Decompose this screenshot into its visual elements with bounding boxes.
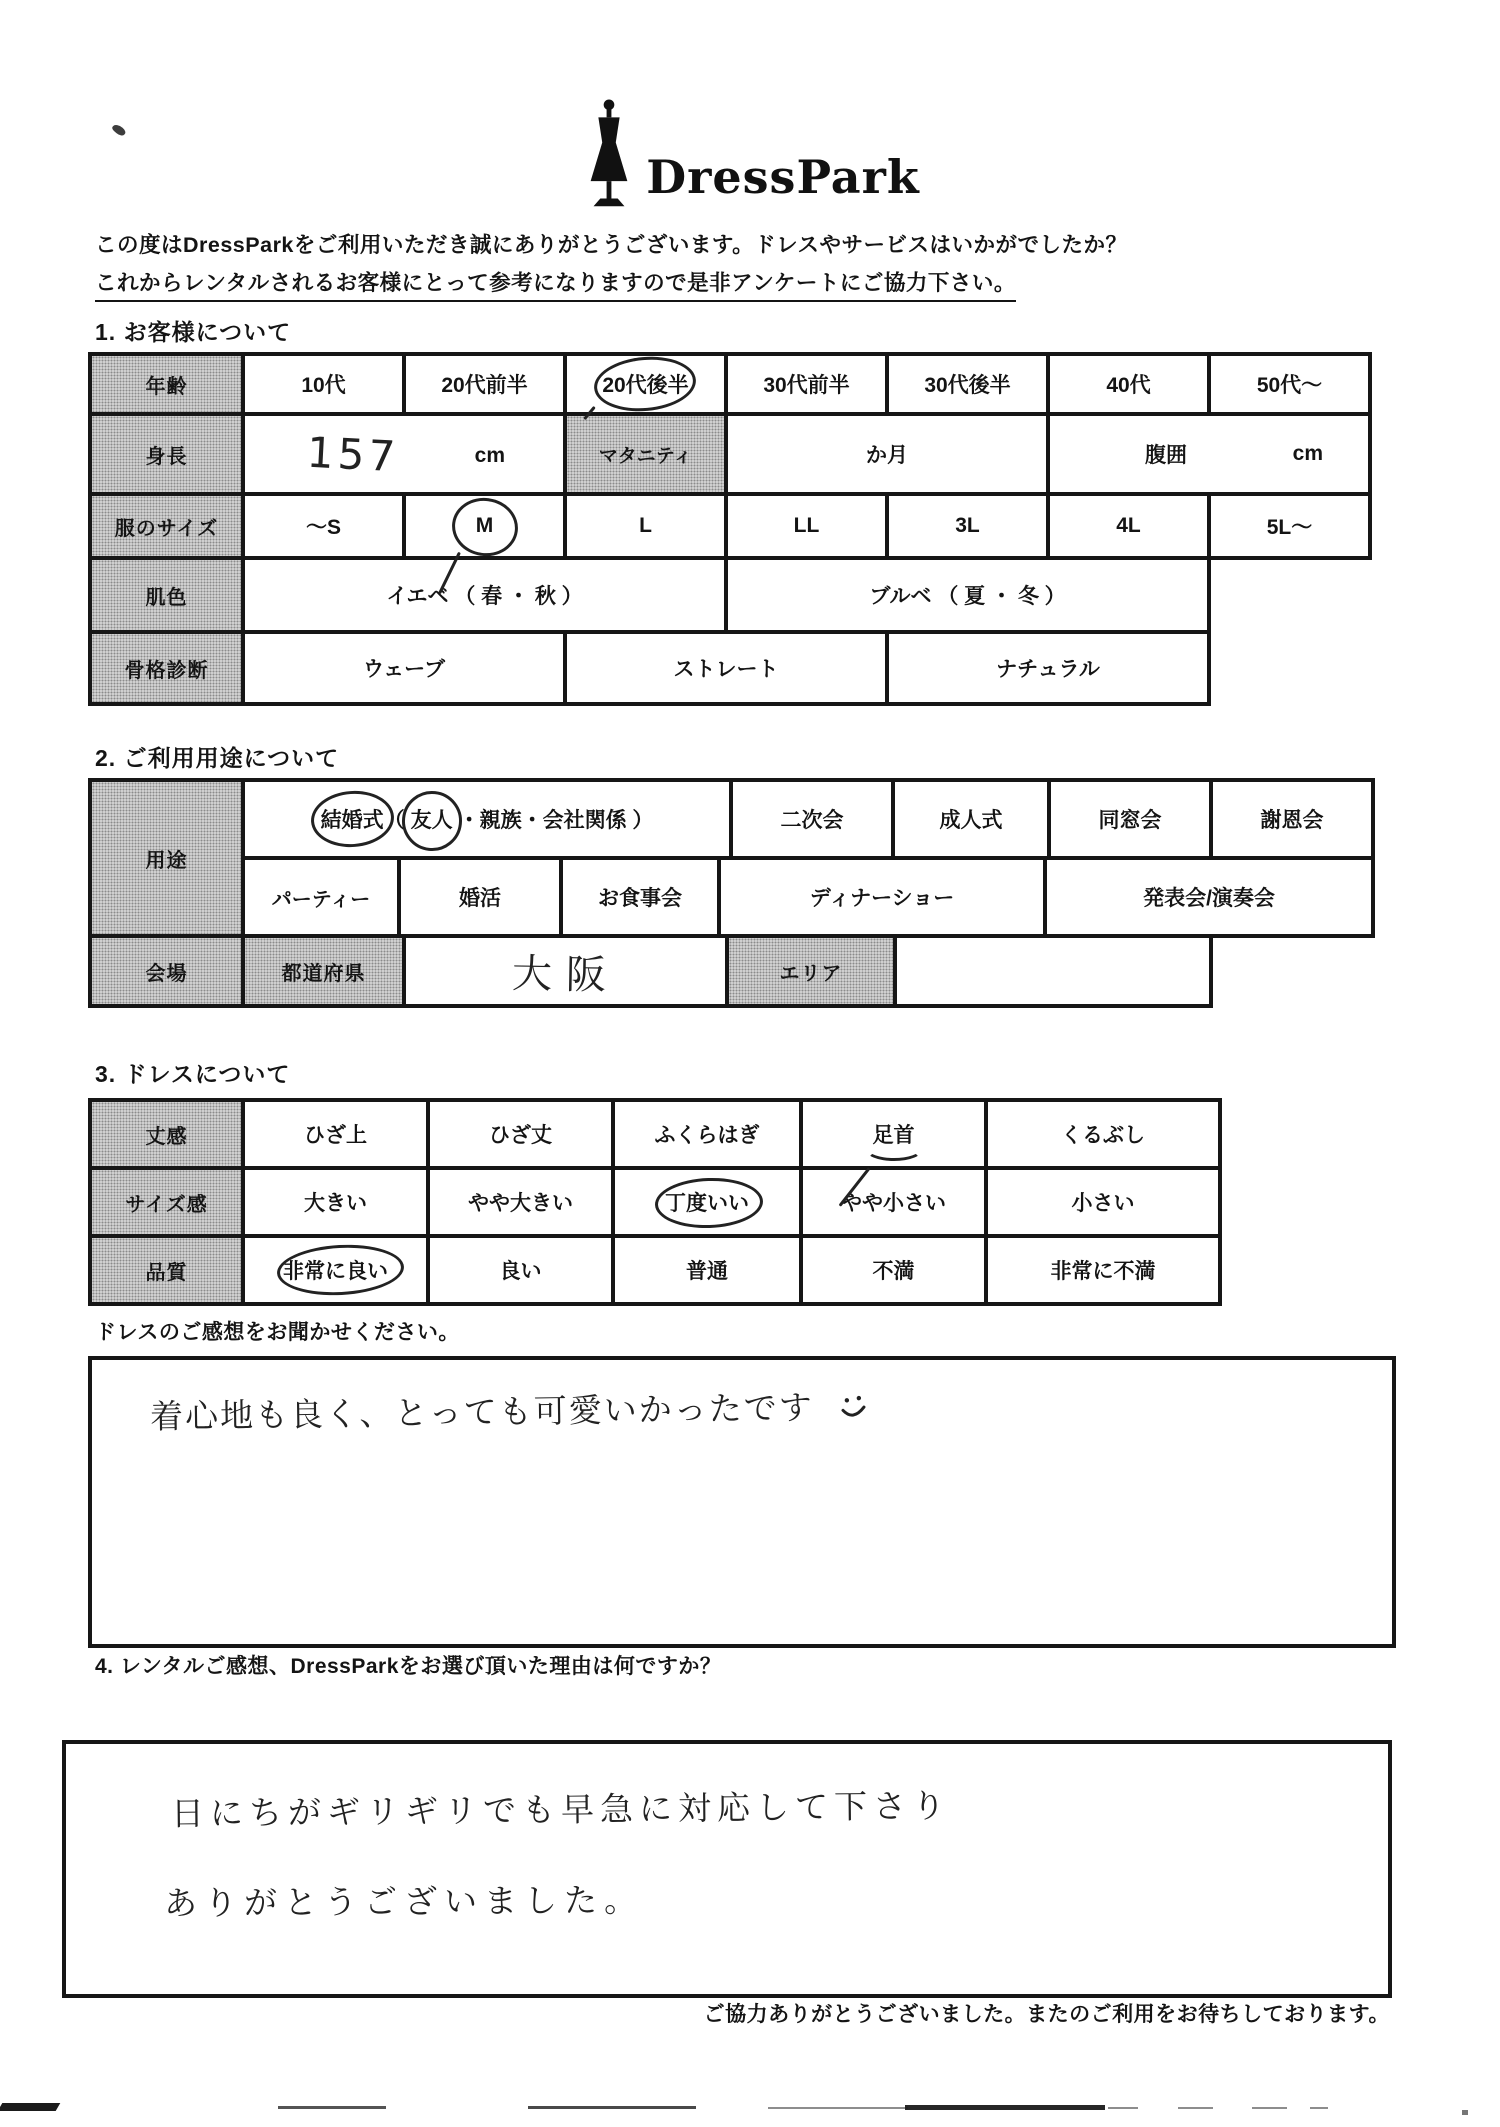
footer-text: ご協力ありがとうございました。またのご利用をお待ちしております。 <box>0 1998 1390 2028</box>
option-quality-very-unsatisfied: 非常に不満 <box>984 1234 1222 1306</box>
dress-feedback-prompt: ドレスのご感想をお聞かせください。 <box>95 1316 460 1346</box>
dress-table: 丈感 ひざ上 ひざ丈 ふくらはぎ 足首 くるぶし サイズ感 大きい やや大きい … <box>88 1098 1222 1306</box>
option-purpose-dinner-show: ディナーショー <box>717 856 1047 938</box>
skeleton-label: 骨格診断 <box>125 654 209 683</box>
option-age-20-early: 20代前半 <box>402 352 567 416</box>
venue-row: 会場 都道府県 大阪 エリア <box>88 934 1375 1008</box>
venue-label-cell: 会場 <box>88 934 245 1008</box>
prefecture-value-cell: 大阪 <box>402 934 729 1008</box>
skeleton-label-cell: 骨格診断 <box>88 630 245 706</box>
option-age-20-late: 20代後半 <box>563 352 728 416</box>
option-quality-very-good: 非常に良い <box>241 1234 430 1306</box>
option-purpose-wedding: 結婚式 （ 友人 ・親族・会社関係 ） <box>241 778 733 860</box>
height-row: 身長 157 cm マタニティ か月 腹囲 cm <box>88 412 1372 496</box>
scan-artifact <box>768 2107 908 2109</box>
option-purpose-recital: 発表会/演奏会 <box>1043 856 1375 938</box>
section1-title: 1. お客様について <box>95 314 291 347</box>
option-length-calf: ふくらはぎ <box>611 1098 803 1170</box>
area-label-cell: エリア <box>725 934 897 1008</box>
prefecture-label-cell: 都道府県 <box>241 934 406 1008</box>
waist-unit: cm <box>1293 442 1323 466</box>
age-row: 年齢 10代 20代前半 20代後半 30代前半 30代後半 40代 50代～ <box>88 352 1372 416</box>
scan-artifact <box>1252 2107 1287 2109</box>
option-size-l: L <box>563 492 728 560</box>
purpose-rows: 用途 結婚式 （ 友人 ・親族・会社関係 ） 二次会 成人式 <box>88 778 1375 938</box>
intro-line-1: この度はDressParkをご利用いただき誠にありがとうございます。ドレスやサー… <box>95 228 1128 259</box>
rental-feedback-box: 日にちがギリギリでも早急に対応して下さり ありがとうございました。 <box>62 1740 1392 1998</box>
option-skin-yellow-base: イエベ （ 春 ・ 秋 ） <box>241 556 728 634</box>
option-purpose-coming-of-age: 成人式 <box>891 778 1051 860</box>
option-quality-good: 良い <box>426 1234 615 1306</box>
option-purpose-thanks-party: 謝恩会 <box>1209 778 1375 860</box>
option-age-50s: 50代～ <box>1207 352 1372 416</box>
skeleton-row: 骨格診断 ウェーブ ストレート ナチュラル <box>88 630 1372 706</box>
option-age-10s: 10代 <box>241 352 406 416</box>
scanned-questionnaire-page: DressPark この度はDressParkをご利用いただき誠にありがとうござ… <box>0 0 1500 2127</box>
length-label-cell: 丈感 <box>88 1098 245 1170</box>
option-size-4l: 4L <box>1046 492 1211 560</box>
purpose-label-cell: 用途 <box>88 778 245 938</box>
quality-row: 品質 非常に良い 良い 普通 不満 非常に不満 <box>88 1234 1222 1306</box>
option-size-ll: LL <box>724 492 889 560</box>
size-label-cell: 服のサイズ <box>88 492 245 560</box>
option-size-s: ～S <box>241 492 406 560</box>
option-fit-slightly-small: やや小さい <box>799 1166 988 1238</box>
option-length-ankle: 足首 <box>799 1098 988 1170</box>
skin-label-cell: 肌色 <box>88 556 245 634</box>
skin-row: 肌色 イエベ （ 春 ・ 秋 ） ブルベ （ 夏 ・ 冬 ） <box>88 556 1372 634</box>
fit-row: サイズ感 大きい やや大きい 丁度いい やや小さい 小さい <box>88 1166 1222 1238</box>
handwritten-rental-feedback-line1: 日にちがギリギリでも早急に対応して下さり <box>171 1780 951 1835</box>
handwritten-height-value: 157 <box>306 428 401 482</box>
venue-label: 会場 <box>146 957 188 986</box>
size-row: 服のサイズ ～S M L LL 3L 4L 5L～ <box>88 492 1372 560</box>
option-length-knee: ひざ丈 <box>426 1098 615 1170</box>
option-age-30-early: 30代前半 <box>724 352 889 416</box>
scan-artifact <box>0 2103 60 2111</box>
option-quality-unsatisfied: 不満 <box>799 1234 988 1306</box>
height-label-cell: 身長 <box>88 412 245 496</box>
age-label-cell: 年齢 <box>88 352 245 416</box>
dress-form-icon <box>580 97 638 220</box>
option-skin-blue-base: ブルベ （ 夏 ・ 冬 ） <box>724 556 1211 634</box>
option-skeleton-natural: ナチュラル <box>885 630 1211 706</box>
logo: DressPark <box>0 88 1500 220</box>
intro-line-2: これからレンタルされるお客様にとって参考になりますので是非アンケートにご協力下さ… <box>95 266 1016 302</box>
option-purpose-reunion: 同窓会 <box>1047 778 1213 860</box>
area-value-cell <box>893 934 1213 1008</box>
logo-brand-text: DressPark <box>646 150 919 204</box>
handwritten-rental-feedback-line2: ありがとうございました。 <box>164 1874 644 1924</box>
option-length-anklebone: くるぶし <box>984 1098 1222 1170</box>
option-fit-just-right: 丁度いい <box>611 1166 803 1238</box>
scan-artifact <box>1108 2107 1138 2109</box>
rental-feedback-prompt: 4. レンタルご感想、DressParkをお選び頂いた理由は何ですか？ <box>95 1650 721 1680</box>
waist-cell: 腹囲 cm <box>1046 412 1372 496</box>
option-skeleton-wave: ウェーブ <box>241 630 567 706</box>
scan-artifact <box>528 2106 696 2109</box>
option-size-5l: 5L～ <box>1207 492 1372 560</box>
height-unit: cm <box>475 444 505 468</box>
size-label: 服のサイズ <box>115 512 218 541</box>
scan-artifact <box>1178 2107 1213 2109</box>
height-label: 身長 <box>146 440 188 469</box>
handwritten-prefecture: 大阪 <box>511 942 620 1001</box>
option-purpose-dinner-meal: お食事会 <box>559 856 721 938</box>
option-purpose-party: パーティー <box>241 856 401 938</box>
section2-title: 2. ご利用用途について <box>95 740 339 773</box>
fit-label: サイズ感 <box>125 1188 207 1217</box>
option-fit-small: 小さい <box>984 1166 1222 1238</box>
maternity-months-cell: か月 <box>724 412 1050 496</box>
smiley-doodle-icon <box>836 1390 871 1432</box>
dress-feedback-box: 着心地も良く、とっても可愛いかったです <box>88 1356 1396 1648</box>
handwritten-dress-feedback: 着心地も良く、とっても可愛いかったです <box>150 1388 814 1436</box>
option-purpose-afterparty: 二次会 <box>729 778 895 860</box>
quality-label: 品質 <box>146 1256 188 1285</box>
maternity-cell: マタニティ <box>563 412 728 496</box>
option-fit-slightly-large: やや大きい <box>426 1166 615 1238</box>
option-purpose-konkatsu: 婚活 <box>397 856 563 938</box>
skin-label: 肌色 <box>146 581 188 610</box>
option-age-40s: 40代 <box>1046 352 1211 416</box>
scan-artifact <box>1462 2110 1468 2115</box>
fit-label-cell: サイズ感 <box>88 1166 245 1238</box>
scan-artifact <box>278 2106 386 2109</box>
purpose-label: 用途 <box>146 844 188 873</box>
scan-artifact <box>905 2105 1105 2110</box>
option-size-3l: 3L <box>885 492 1050 560</box>
section3-title: 3. ドレスについて <box>95 1056 290 1089</box>
waist-label: 腹囲 <box>1145 439 1187 469</box>
option-skeleton-straight: ストレート <box>563 630 889 706</box>
customer-table: 年齢 10代 20代前半 20代後半 30代前半 30代後半 40代 50代～ … <box>88 352 1372 706</box>
option-age-30-late: 30代後半 <box>885 352 1050 416</box>
option-fit-large: 大きい <box>241 1166 430 1238</box>
scan-artifact <box>1310 2107 1328 2109</box>
height-value-cell: 157 cm <box>241 412 567 496</box>
length-label: 丈感 <box>146 1120 188 1149</box>
option-quality-normal: 普通 <box>611 1234 803 1306</box>
length-row: 丈感 ひざ上 ひざ丈 ふくらはぎ 足首 くるぶし <box>88 1098 1222 1170</box>
age-label: 年齢 <box>146 370 188 399</box>
option-size-m: M <box>402 492 567 560</box>
quality-label-cell: 品質 <box>88 1234 245 1306</box>
option-length-above-knee: ひざ上 <box>241 1098 430 1170</box>
purpose-table: 用途 結婚式 （ 友人 ・親族・会社関係 ） 二次会 成人式 <box>88 778 1375 1008</box>
